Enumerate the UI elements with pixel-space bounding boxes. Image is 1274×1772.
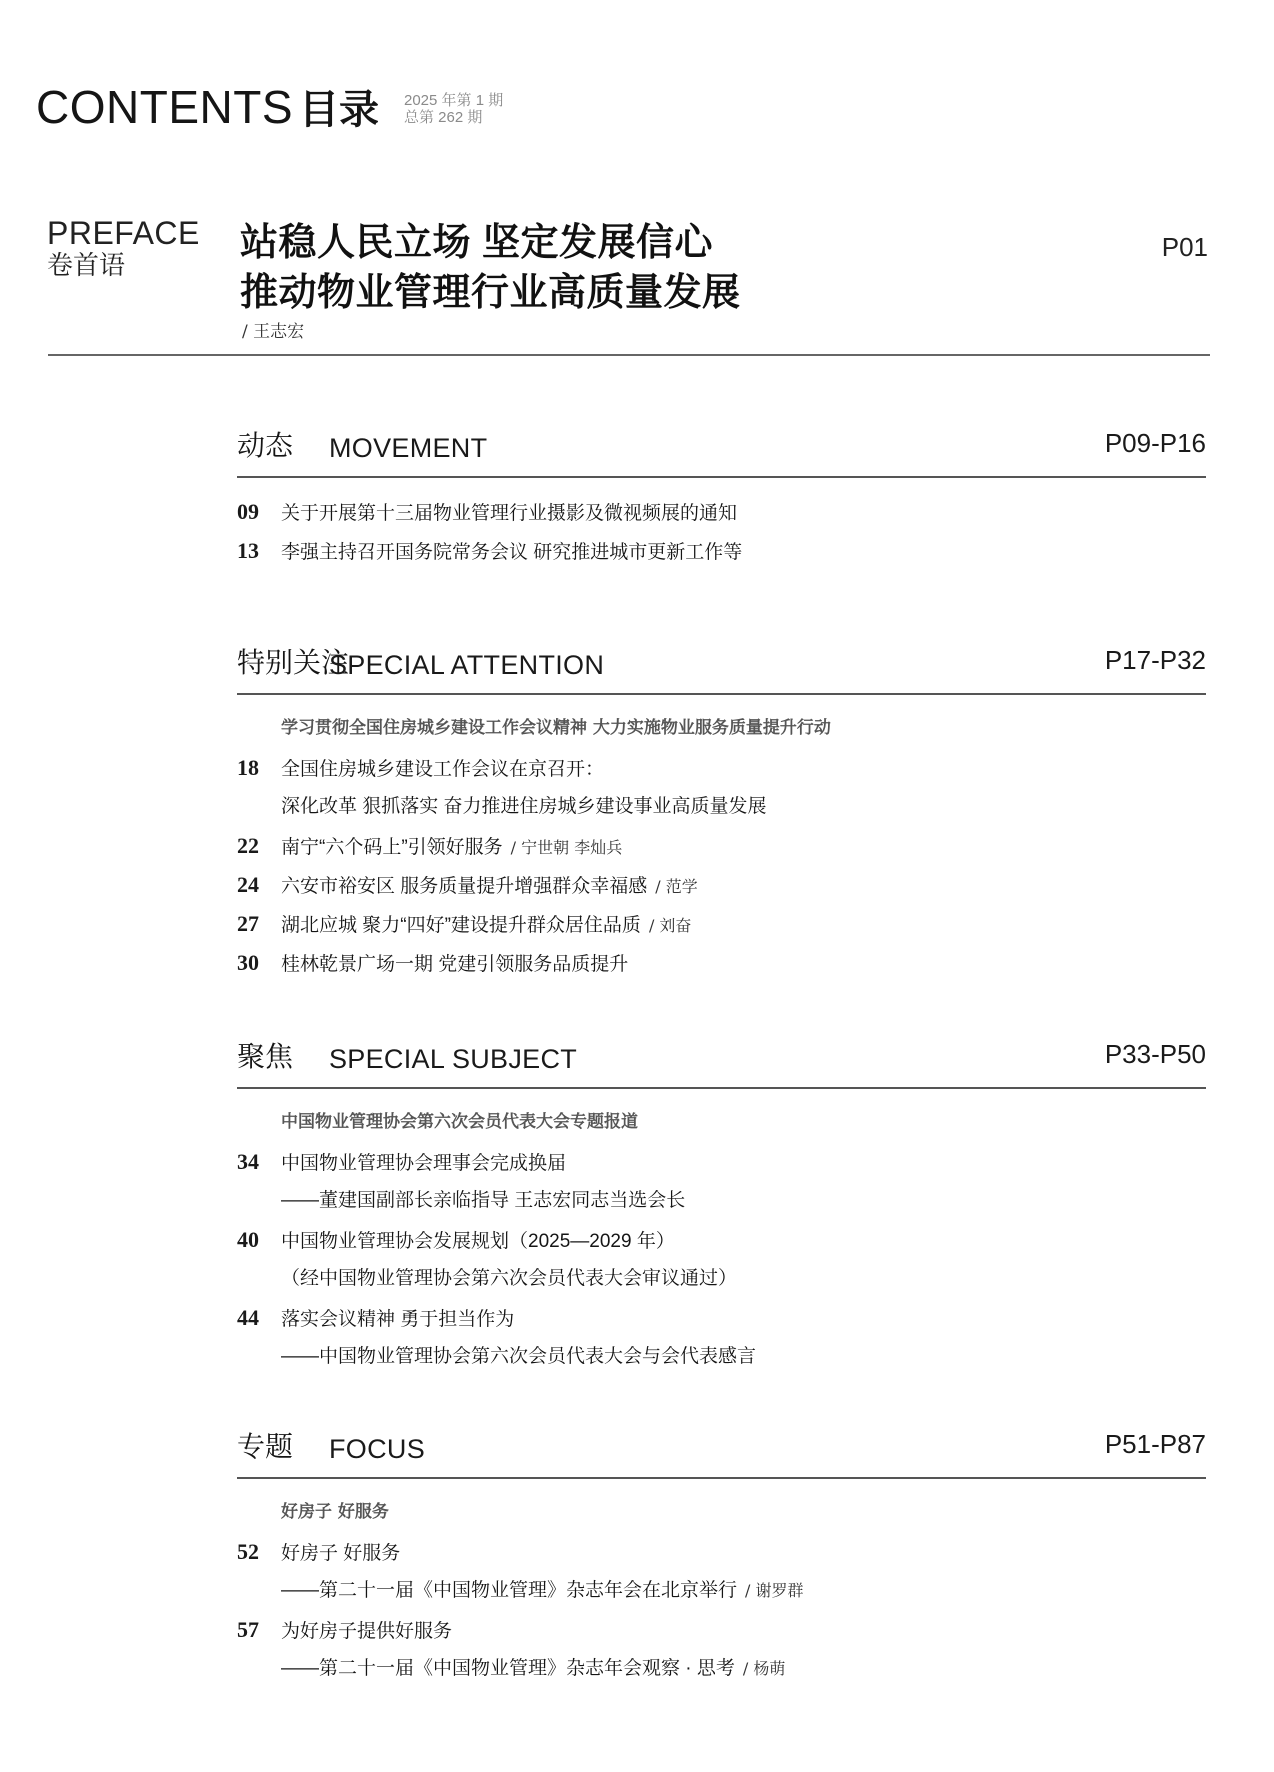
- preface-title-line1: 站稳人民立场 坚定发展信心: [240, 218, 741, 268]
- entry-author: / 范学: [655, 867, 697, 906]
- toc-entry[interactable]: 27 湖北应城 聚力“四好”建设提升群众居住品质 / 刘奋: [237, 904, 1206, 943]
- entry-title: 李强主持召开国务院常务会议 研究推进城市更新工作等: [281, 533, 742, 572]
- entry-title: 好房子 好服务: [281, 1534, 400, 1573]
- entry-subtitle: 深化改革 狠抓落实 奋力推进住房城乡建设事业高质量发展: [281, 787, 767, 826]
- entry-title: 关于开展第十三届物业管理行业摄影及微视频展的通知: [281, 494, 737, 533]
- toc-entry[interactable]: 40 中国物业管理协会发展规划（2025—2029 年）: [237, 1220, 1206, 1259]
- entry-subtitle: ——中国物业管理协会第六次会员代表大会与会代表感言: [281, 1337, 756, 1376]
- section-title-cn: 动态: [237, 432, 293, 460]
- preface-label-cn: 卷首语: [47, 252, 125, 278]
- section-page-range: P33-P50: [1105, 1041, 1206, 1067]
- entry-subtitle: ——董建国副部长亲临指导 王志宏同志当选会长: [281, 1181, 685, 1220]
- page-number: 40: [237, 1220, 281, 1259]
- preface-author: / 王志宏: [242, 317, 304, 342]
- toc-entry[interactable]: 44 落实会议精神 勇于担当作为: [237, 1298, 1206, 1337]
- entry-continuation[interactable]: ——董建国副部长亲临指导 王志宏同志当选会长: [237, 1181, 1206, 1220]
- issue-info: 2025 年第 1 期 总第 262 期: [404, 92, 503, 126]
- entry-title: 六安市裕安区 服务质量提升增强群众幸福感: [281, 867, 647, 906]
- entry-title: 为好房子提供好服务: [281, 1612, 452, 1651]
- section-header: 聚焦 SPECIAL SUBJECT P33-P50: [237, 1031, 1206, 1077]
- entry-continuation[interactable]: ——第二十一届《中国物业管理》杂志年会观察 · 思考 / 杨萌: [237, 1649, 1206, 1688]
- entry-continuation[interactable]: ——第二十一届《中国物业管理》杂志年会在北京举行 / 谢罗群: [237, 1571, 1206, 1610]
- page-number: 27: [237, 904, 281, 943]
- section-header: 专题 FOCUS P51-P87: [237, 1421, 1206, 1467]
- section-title-en: SPECIAL SUBJECT: [329, 1046, 577, 1073]
- issue-number: 2025 年第 1 期: [404, 92, 503, 109]
- section-special-subject: 聚焦 SPECIAL SUBJECT P33-P50 中国物业管理协会第六次会员…: [237, 1031, 1206, 1376]
- preface-label-en: PREFACE: [47, 217, 200, 249]
- section-title-en: MOVEMENT: [329, 435, 487, 462]
- section-page-range: P17-P32: [1105, 647, 1206, 673]
- contents-title-en: CONTENTS: [36, 81, 293, 133]
- entry-subtitle: ——第二十一届《中国物业管理》杂志年会观察 · 思考: [281, 1649, 735, 1688]
- toc-entry[interactable]: 22 南宁“六个码上”引领好服务 / 宁世朝 李灿兵: [237, 826, 1206, 865]
- page-number: 18: [237, 748, 281, 787]
- section-movement: 动态 MOVEMENT P09-P16 09 关于开展第十三届物业管理行业摄影及…: [237, 420, 1206, 570]
- entry-continuation[interactable]: ——中国物业管理协会第六次会员代表大会与会代表感言: [237, 1337, 1206, 1376]
- section-title-cn: 聚焦: [237, 1043, 293, 1071]
- section-focus: 专题 FOCUS P51-P87 好房子 好服务 52 好房子 好服务 ——第二…: [237, 1421, 1206, 1688]
- page-number: 09: [237, 492, 281, 531]
- page-number: 34: [237, 1142, 281, 1181]
- section-title-en: SPECIAL ATTENTION: [329, 652, 604, 679]
- entry-title: 湖北应城 聚力“四好”建设提升群众居住品质: [281, 906, 641, 945]
- toc-entry[interactable]: 13 李强主持召开国务院常务会议 研究推进城市更新工作等: [237, 531, 1206, 570]
- section-title-en: FOCUS: [329, 1436, 425, 1463]
- entry-author: / 刘奋: [649, 906, 691, 945]
- entry-subtitle: ——第二十一届《中国物业管理》杂志年会在北京举行: [281, 1571, 737, 1610]
- entry-continuation[interactable]: （经中国物业管理协会第六次会员代表大会审议通过）: [237, 1259, 1206, 1298]
- section-header: 动态 MOVEMENT P09-P16: [237, 420, 1206, 466]
- page-number: 44: [237, 1298, 281, 1337]
- page-number: 13: [237, 531, 281, 570]
- preface-page: P01: [1162, 232, 1208, 263]
- preface-title[interactable]: 站稳人民立场 坚定发展信心 推动物业管理行业高质量发展: [240, 218, 741, 318]
- section-special-attention: 特别关注 SPECIAL ATTENTION P17-P32 学习贯彻全国住房城…: [237, 637, 1206, 982]
- entry-continuation[interactable]: 深化改革 狠抓落实 奋力推进住房城乡建设事业高质量发展: [237, 787, 1206, 826]
- issue-total: 总第 262 期: [404, 109, 503, 126]
- toc-entry[interactable]: 09 关于开展第十三届物业管理行业摄影及微视频展的通知: [237, 492, 1206, 531]
- entry-title: 落实会议精神 勇于担当作为: [281, 1300, 514, 1339]
- contents-title: CONTENTS目录: [36, 84, 379, 130]
- entry-title: 桂林乾景广场一期 党建引领服务品质提升: [281, 945, 628, 984]
- section-page-range: P51-P87: [1105, 1431, 1206, 1457]
- section-title-cn: 专题: [237, 1433, 293, 1461]
- section-header: 特别关注 SPECIAL ATTENTION P17-P32: [237, 637, 1206, 683]
- page-number: 24: [237, 865, 281, 904]
- section-subheader: 学习贯彻全国住房城乡建设工作会议精神 大力实施物业服务质量提升行动: [237, 709, 1206, 748]
- section-subheader: 中国物业管理协会第六次会员代表大会专题报道: [237, 1103, 1206, 1142]
- section-subheader: 好房子 好服务: [237, 1493, 1206, 1532]
- entry-author: / 宁世朝 李灿兵: [511, 828, 623, 867]
- entry-author: / 谢罗群: [745, 1571, 803, 1610]
- contents-title-cn: 目录: [299, 88, 379, 132]
- toc-entry[interactable]: 52 好房子 好服务: [237, 1532, 1206, 1571]
- page-number: 30: [237, 943, 281, 982]
- entry-author: / 杨萌: [743, 1649, 785, 1688]
- page-number: 57: [237, 1610, 281, 1649]
- section-page-range: P09-P16: [1105, 430, 1206, 456]
- entry-title: 中国物业管理协会理事会完成换届: [281, 1144, 566, 1183]
- page-number: 52: [237, 1532, 281, 1571]
- toc-entry[interactable]: 30 桂林乾景广场一期 党建引领服务品质提升: [237, 943, 1206, 982]
- toc-entry[interactable]: 24 六安市裕安区 服务质量提升增强群众幸福感 / 范学: [237, 865, 1206, 904]
- entry-title: 全国住房城乡建设工作会议在京召开：: [281, 750, 604, 789]
- toc-entry[interactable]: 18 全国住房城乡建设工作会议在京召开：: [237, 748, 1206, 787]
- page-number: 22: [237, 826, 281, 865]
- preface-title-line2: 推动物业管理行业高质量发展: [240, 268, 741, 318]
- divider: [48, 354, 1210, 356]
- entry-title: 南宁“六个码上”引领好服务: [281, 828, 503, 867]
- entry-subtitle: （经中国物业管理协会第六次会员代表大会审议通过）: [281, 1259, 737, 1298]
- toc-entry[interactable]: 34 中国物业管理协会理事会完成换届: [237, 1142, 1206, 1181]
- entry-title: 中国物业管理协会发展规划（2025—2029 年）: [281, 1222, 675, 1261]
- toc-entry[interactable]: 57 为好房子提供好服务: [237, 1610, 1206, 1649]
